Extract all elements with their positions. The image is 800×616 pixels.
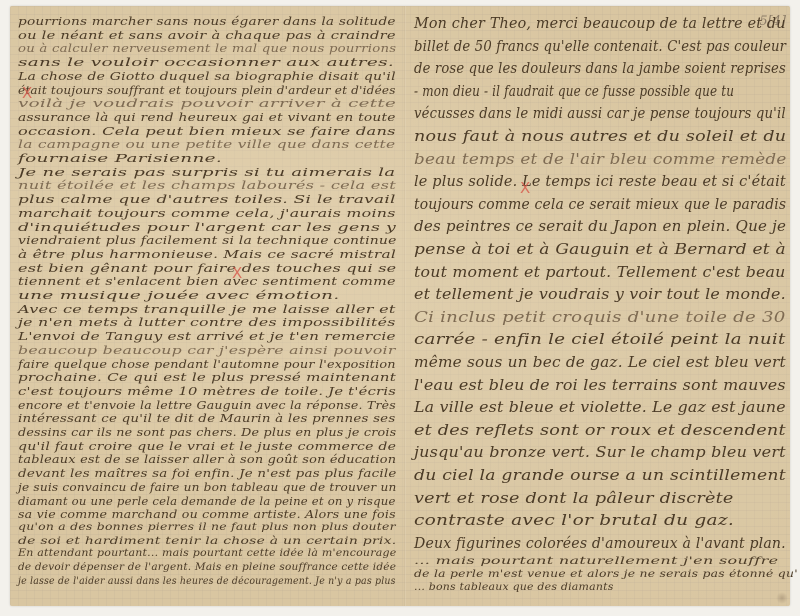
handwritten-line: et des reflets sont or roux et descenden…	[414, 421, 786, 439]
handwritten-line: qu'il faut croire que le vrai et le just…	[18, 439, 396, 453]
handwritten-line: ou à calculer nerveusement le mal que no…	[18, 41, 396, 55]
handwritten-line: de soi et hardiment tenir la chose à un …	[18, 535, 396, 547]
red-mark-icon: X	[22, 84, 32, 102]
handwritten-line: ou le néant et sans avoir à chaque pas à…	[18, 28, 396, 42]
letter-sheet: 5[4] pourrions marcher sans nous égarer …	[10, 6, 790, 606]
handwritten-line: diamant ou une perle cela demande de la …	[18, 494, 396, 508]
handwritten-line: billet de 50 francs qu'elle contenait. C…	[414, 37, 786, 55]
handwritten-line: je suis convaincu de faire un bon tablea…	[18, 480, 397, 494]
handwritten-line: En attendant pourtant... mais pourtant c…	[18, 548, 396, 559]
handwritten-line: Mon cher Theo, merci beaucoup de ta lett…	[414, 14, 786, 32]
handwritten-line: des peintres ce serait du Japon en plein…	[414, 217, 786, 235]
handwritten-line: nous faut à nous autres et du soleil et …	[414, 127, 786, 145]
handwritten-line: plus calme que d'autres toiles. Si le tr…	[18, 192, 396, 206]
handwritten-line: qu'on a des bonnes pierres il ne faut pl…	[18, 521, 396, 533]
red-x-icon: X	[232, 264, 242, 282]
handwritten-line: une musique jouée avec émotion.	[18, 288, 340, 302]
handwritten-line: ... bons tableaux que des diamants	[414, 582, 614, 593]
handwritten-line: et tellement je voudrais y voir tout le …	[414, 285, 786, 303]
handwritten-line: sa vie comme marchand ou comme artiste. …	[18, 507, 396, 521]
handwritten-line: toujours comme cela ce serait mieux que …	[414, 195, 786, 213]
handwritten-line: carrée - enfin le ciel étoilé peint la n…	[414, 330, 786, 348]
handwritten-line: fournaise Parisienne.	[18, 151, 222, 165]
handwritten-line: vécusses dans le midi aussi car je pense…	[414, 104, 786, 122]
handwritten-line: je n'en mets à lutter contre des impossi…	[18, 315, 396, 329]
handwritten-line: prochaine. Ce qui est le plus pressé mai…	[18, 370, 396, 384]
handwritten-line: assurance là qui rend heureux gai et viv…	[18, 110, 396, 124]
handwritten-line: La chose de Giotto duquel sa biographie …	[18, 69, 396, 83]
handwritten-line: L'envoi de Tanguy est arrivé et je t'en …	[18, 329, 396, 343]
handwritten-line: viendraient plus facilement si la techni…	[18, 233, 397, 247]
handwritten-line: Avec ce temps tranquille je me laisse al…	[18, 302, 396, 316]
handwritten-line: je lasse de l'aider aussi dans les heure…	[18, 576, 396, 587]
handwritten-line: l'eau est bleu de roi les terrains sont …	[414, 376, 786, 394]
handwritten-line: Deux figurines colorées d'amoureux à l'a…	[414, 534, 786, 552]
handwritten-line: voilà je voudrais pouvoir arriver à cett…	[18, 96, 396, 110]
handwritten-line: à être plus harmonieuse. Mais ce sacré m…	[18, 247, 396, 261]
handwritten-line: ... mais pourtant naturellement j'en sou…	[414, 556, 778, 567]
handwritten-line: sans le vouloir occasionner aux autres.	[18, 55, 394, 69]
handwritten-line: devant les maîtres sa foi enfin. Je n'es…	[18, 466, 397, 480]
handwritten-line: de devoir dépenser de l'argent. Mais en …	[18, 562, 396, 573]
handwritten-line: beaucoup beaucoup car j'espère ainsi pou…	[18, 343, 396, 357]
handwritten-line: Je ne serais pas surpris si tu aimerais …	[18, 165, 395, 179]
handwritten-line: pense à toi et à Gauguin et à Bernard et…	[414, 240, 786, 258]
handwritten-line: - mon dieu - il faudrait que ce fusse po…	[414, 82, 734, 100]
right-page: Mon cher Theo, merci beaucoup de ta lett…	[414, 14, 798, 604]
left-page: pourrions marcher sans nous égarer dans …	[18, 14, 402, 604]
red-x-icon: X	[520, 179, 530, 197]
handwritten-line: nuit étoilée et les champs labourés - ce…	[18, 178, 396, 192]
handwritten-line: pourrions marcher sans nous égarer dans …	[18, 14, 396, 28]
handwritten-line: occasion. Cela peut bien mieux se faire …	[18, 124, 396, 138]
handwritten-line: Ci inclus petit croquis d'une toile de 3…	[414, 308, 785, 326]
handwritten-line: le plus solide. Le temps ici reste beau …	[414, 172, 786, 190]
handwritten-line: faire quelque chose pendant l'automne po…	[18, 357, 396, 371]
handwritten-line: même sous un bec de gaz. Le ciel est ble…	[414, 353, 786, 371]
handwritten-line: vert et rose dont la pâleur discrète	[414, 489, 734, 507]
handwritten-line: de la perle m'est venue et alors je ne s…	[414, 569, 798, 580]
handwritten-line: de rose que les douleurs dans la jambe s…	[414, 59, 786, 77]
handwritten-line: beau temps et de l'air bleu comme remède	[414, 150, 786, 168]
handwritten-line: d'inquiétudes pour l'argent car les gens…	[18, 220, 396, 234]
handwritten-line: encore et t'envoie la lettre Gauguin ave…	[18, 398, 396, 412]
handwritten-line: était toujours souffrant et toujours ple…	[18, 83, 396, 97]
handwritten-line: tout moment et partout. Tellement c'est …	[414, 263, 786, 281]
handwritten-line: la campagne ou une petite ville que dans…	[18, 137, 395, 151]
page-fold	[404, 6, 406, 606]
handwritten-line: jusqu'au bronze vert. Sur le champ bleu …	[414, 443, 786, 461]
handwritten-line: tiennent et s'enlacent bien avec sentime…	[18, 274, 396, 288]
handwritten-line: est bien gênant pour faire des touches q…	[18, 261, 396, 275]
handwritten-line: La ville est bleue et violette. Le gaz e…	[414, 398, 786, 416]
handwritten-line: intéressant ce qu'il te dit de Maurin à …	[18, 411, 395, 425]
handwritten-line: c'est toujours même 10 mètres de toile. …	[18, 384, 396, 398]
handwritten-line: dessins car ils ne sont pas chers. De pl…	[18, 425, 396, 439]
handwritten-line: du ciel la grande ourse a un scintilleme…	[414, 466, 786, 484]
handwritten-line: marchait toujours comme cela, j'aurais m…	[18, 206, 396, 220]
handwritten-line: contraste avec l'or brutal du gaz.	[414, 511, 734, 529]
handwritten-line: tableaux est de se laisser aller à son g…	[18, 452, 396, 466]
